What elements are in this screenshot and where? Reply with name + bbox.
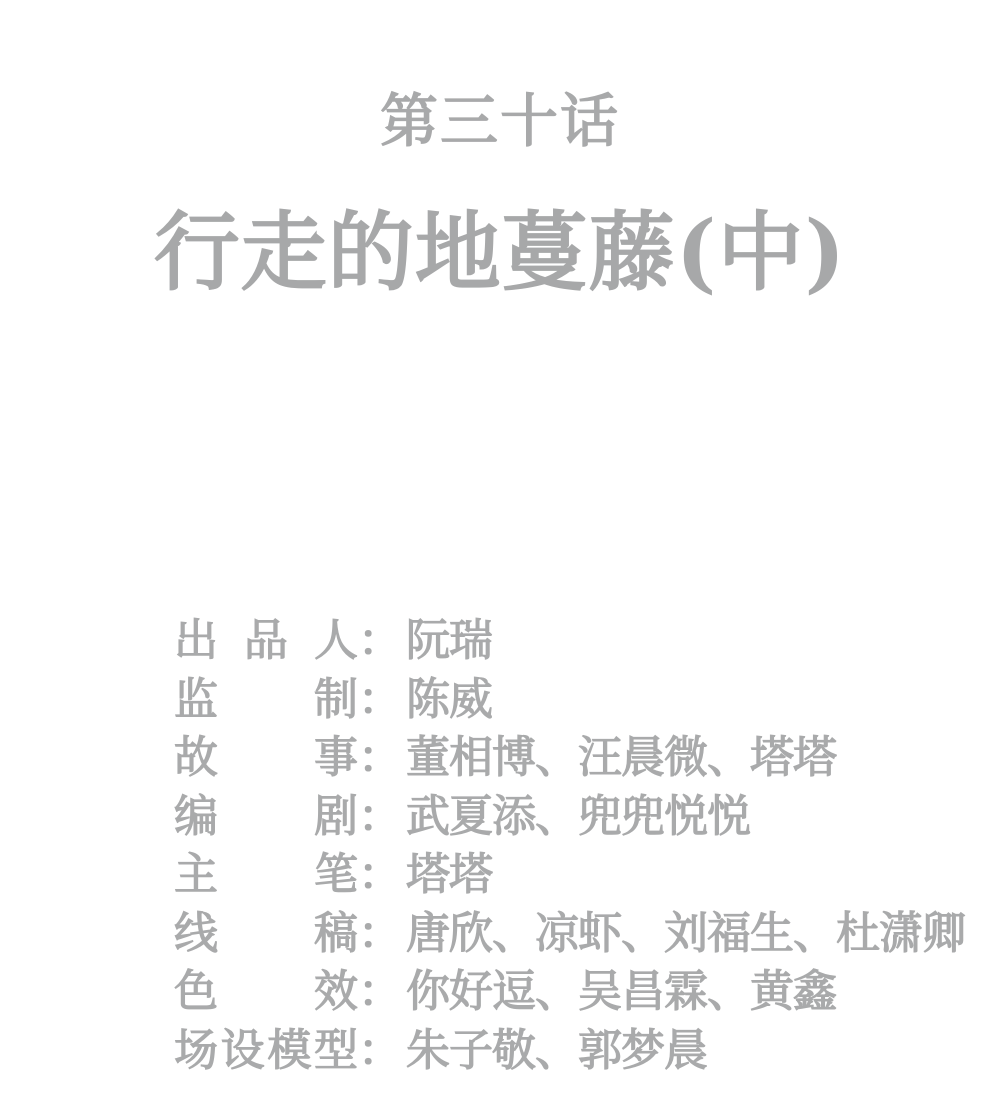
- chapter-title: 行走的地蔓藤(中): [0, 198, 1000, 308]
- credit-colon: ：: [358, 1022, 406, 1080]
- credit-scene-modeling: 场 设 模 型 ： 朱子敬、郭梦晨: [174, 1022, 965, 1081]
- credit-colon: ：: [358, 846, 406, 904]
- chapter-number: 第三十话: [0, 86, 1000, 156]
- credit-names: 塔塔: [406, 846, 492, 904]
- credit-screenplay: 编 剧 ： 武夏添、兜兜悦悦: [174, 788, 965, 847]
- credit-role: 色 效: [174, 963, 358, 1021]
- credit-names: 董相博、汪晨微、塔塔: [406, 729, 836, 787]
- credit-colon: ：: [358, 788, 406, 846]
- credit-story: 故 事 ： 董相博、汪晨微、塔塔: [174, 729, 965, 788]
- credit-colon: ：: [358, 963, 406, 1021]
- credit-role: 编 剧: [174, 788, 358, 846]
- credit-names: 武夏添、兜兜悦悦: [406, 788, 750, 846]
- credit-names: 你好逗、吴昌霖、黄鑫: [406, 963, 836, 1021]
- credit-names: 唐欣、凉虾、刘福生、杜潇卿: [406, 905, 965, 963]
- credit-role: 出 品 人: [174, 612, 358, 670]
- credit-colon: ：: [358, 729, 406, 787]
- credit-role: 监 制: [174, 671, 358, 729]
- credit-names: 阮瑞: [406, 612, 492, 670]
- credit-role: 场 设 模 型: [174, 1022, 358, 1080]
- credit-role: 主 笔: [174, 846, 358, 904]
- credit-producer: 出 品 人 ： 阮瑞: [174, 612, 965, 671]
- credit-color-effects: 色 效 ： 你好逗、吴昌霖、黄鑫: [174, 963, 965, 1022]
- credit-role: 线 稿: [174, 905, 358, 963]
- credit-lead-artist: 主 笔 ： 塔塔: [174, 846, 965, 905]
- credit-colon: ：: [358, 671, 406, 729]
- credit-supervisor: 监 制 ： 陈威: [174, 671, 965, 730]
- credit-colon: ：: [358, 905, 406, 963]
- credits-list: 出 品 人 ： 阮瑞 监 制 ： 陈威 故 事 ： 董相博、汪晨微、塔塔 编 剧…: [174, 612, 965, 1080]
- credit-names: 朱子敬、郭梦晨: [406, 1022, 707, 1080]
- credit-role: 故 事: [174, 729, 358, 787]
- credit-line-art: 线 稿 ： 唐欣、凉虾、刘福生、杜潇卿: [174, 905, 965, 964]
- credit-colon: ：: [358, 612, 406, 670]
- credit-names: 陈威: [406, 671, 492, 729]
